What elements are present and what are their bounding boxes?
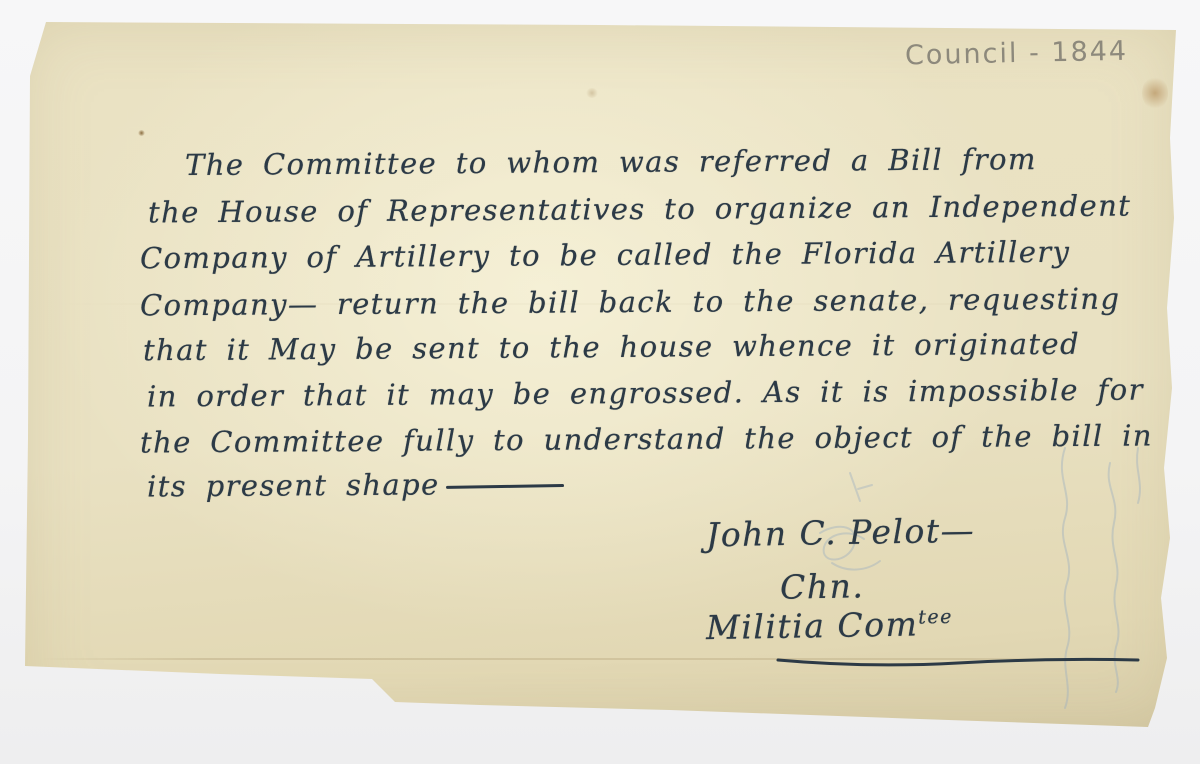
- manuscript-line: the House of Representatives to organize…: [148, 189, 1131, 230]
- manuscript-line: Company of Artillery to be called the Fl…: [140, 235, 1071, 275]
- edge-stain: [1142, 76, 1168, 110]
- manuscript-line: the Committee fully to understand the ob…: [140, 418, 1153, 459]
- scanned-document: Council - 1844 The Committee to whom was…: [0, 0, 1200, 764]
- paper-surface: Council - 1844 The Committee to whom was…: [20, 18, 1182, 734]
- manuscript-line: that it May be sent to the house whence …: [143, 327, 1080, 368]
- signature-name: John C. Pelot—: [706, 511, 976, 555]
- manuscript-line-text: its present shape: [147, 467, 440, 503]
- committee-superscript: tee: [918, 606, 953, 629]
- signature-committee: Militia Comtee: [706, 604, 954, 647]
- pen-flourish: [446, 484, 564, 489]
- signature-title: Chn.: [780, 566, 865, 606]
- manuscript-line: Company— return the bill back to the sen…: [140, 282, 1121, 323]
- manuscript-line: The Committee to whom was referred a Bil…: [185, 142, 1037, 182]
- ink-speck: [138, 130, 145, 136]
- manuscript-line: in order that it may be engrossed. As it…: [147, 373, 1144, 414]
- manuscript-line-last: its present shape: [147, 467, 564, 504]
- paper-crease-lower: [40, 658, 1130, 660]
- pencil-annotation: Council - 1844: [905, 36, 1129, 72]
- fox-spot: [586, 88, 598, 98]
- committee-text: Militia Com: [706, 604, 919, 647]
- manuscript-paper: Council - 1844 The Committee to whom was…: [20, 18, 1182, 734]
